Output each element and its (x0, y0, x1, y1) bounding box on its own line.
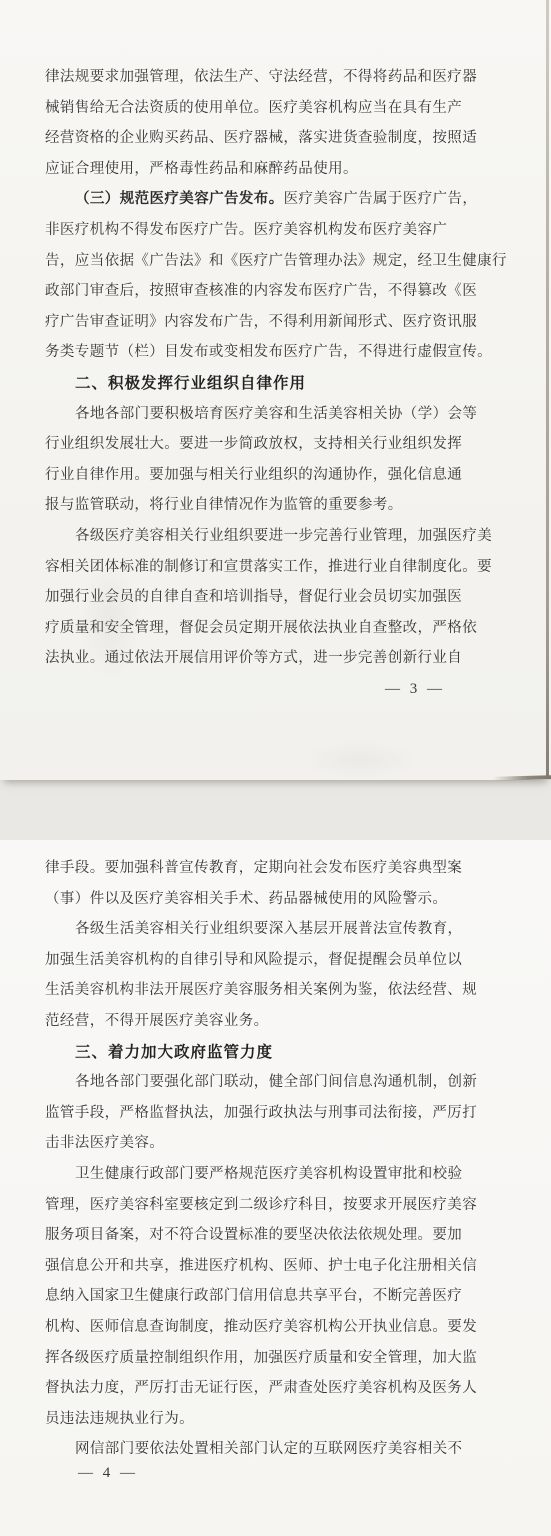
text-line: 疗广告审查证明》内容发布广告，不得利用新闻形式、医疗资讯服 (45, 307, 525, 338)
text-line: 各地各部门要强化部门联动，健全部门间信息沟通机制，创新 (45, 1067, 525, 1098)
text-line: 非医疗机构不得发布医疗广告。医疗美容机构发布医疗美容广 (45, 215, 525, 246)
text-line: （事）件以及医疗美容相关手术、药品器械使用的风险警示。 (45, 884, 525, 915)
text-line: 服务项目备案，对不符合设置标准的要坚决依法依规处理。要加 (45, 1220, 525, 1251)
text-line: 范经营，不得开展医疗美容业务。 (45, 1006, 525, 1037)
text-line: 告，应当依据《广告法》和《医疗广告管理办法》规定，经卫生健康行 (45, 246, 525, 277)
section-heading: 二、积极发挥行业组织自律作用 (45, 368, 525, 399)
text-line: 械销售给无合法资质的使用单位。医疗美容机构应当在具有生产 (45, 93, 525, 124)
text-line: （三）规范医疗美容广告发布。医疗美容广告属于医疗广告， (45, 184, 525, 215)
text-line: 加强行业会员的自律自查和培训指导，督促行业会员切实加强医 (45, 582, 525, 613)
text-line: 各级生活美容相关行业组织要深入基层开展普法宣传教育， (45, 914, 525, 945)
text-line: 报与监管联动，将行业自律情况作为监管的重要参考。 (45, 490, 525, 521)
text-line: 各地各部门要积极培育医疗美容和生活美容相关协（学）会等 (45, 399, 525, 430)
text-line: 击非法医疗美容。 (45, 1128, 525, 1159)
text-line: 行业组织发展壮大。要进一步简政放权，支持相关行业组织发挥 (45, 429, 525, 460)
text-line: 务类专题节（栏）目发布或变相发布医疗广告，不得进行虚假宣传。 (45, 337, 525, 368)
text-line: 法执业。通过依法开展信用评价等方式，进一步完善创新行业自 (45, 643, 525, 674)
text-line: 管理，医疗美容科室要核定到二级诊疗科目，按要求开展医疗美容 (45, 1190, 525, 1221)
text-line: 经营资格的企业购买药品、医疗器械，落实进货查验制度，按照适 (45, 123, 525, 154)
text-line: 应证合理使用，严格毒性药品和麻醉药品使用。 (45, 154, 525, 185)
text-line: 强信息公开和共享，推进医疗机构、医师、护士电子化注册相关信 (45, 1251, 525, 1282)
text-line: 卫生健康行政部门要严格规范医疗美容机构设置审批和校验 (45, 1159, 525, 1190)
page-number: — 4 — (78, 1462, 138, 1484)
text-line: 息纳入国家卫生健康行政部门信用信息共享平台，不断完善医疗 (45, 1281, 525, 1312)
text-line: 生活美容机构非法开展医疗美容服务相关案例为鉴，依法经营、规 (45, 975, 525, 1006)
text-line: 网信部门要依法处置相关部门认定的互联网医疗美容相关不 (45, 1434, 525, 1465)
text-line: 加强生活美容机构的自律引导和风险提示，督促提醒会员单位以 (45, 945, 525, 976)
text-line: 监管手段，严格监督执法，加强行政执法与刑事司法衔接，严厉打 (45, 1098, 525, 1129)
page-1-text-block: 律法规要求加强管理，依法生产、守法经营，不得将药品和医疗器械销售给无合法资质的使… (0, 0, 525, 674)
text-line: 行业自律作用。要加强与相关行业组织的沟通协作，强化信息通 (45, 460, 525, 491)
text-line: 机构、医师信息查询制度，推动医疗美容机构公开执业信息。要发 (45, 1312, 525, 1343)
text-line: 挥各级医疗质量控制组织作用，加强医疗质量和安全管理，加大监 (45, 1343, 525, 1374)
text-line: 容相关团体标准的制修订和宣贯落实工作，推进行业自律制度化。要 (45, 552, 525, 583)
page-number: — 3 — (385, 678, 445, 700)
text-line: 疗质量和安全管理，督促会员定期开展依法执业自查整改，严格依 (45, 613, 525, 644)
text-line: 政部门审查后，按照审查核准的内容发布医疗广告，不得篡改《医 (45, 276, 525, 307)
text-line: 督执法力度，严厉打击无证行医，严肃查处医疗美容机构及医务人 (45, 1373, 525, 1404)
scanned-document: { "colors": { "paper": "#f5f4f1", "backg… (0, 0, 551, 1536)
text-line: 各级医疗美容相关行业组织要进一步完善行业管理，加强医疗美 (45, 521, 525, 552)
page-edge-shadow (546, 0, 549, 777)
page-2-text-block: 律手段。要加强科普宣传教育，定期向社会发布医疗美容典型案（事）件以及医疗美容相关… (0, 840, 525, 1465)
text-line: 员违法违规执业行为。 (45, 1404, 525, 1435)
section-heading: 三、着力加大政府监管力度 (45, 1037, 525, 1068)
page-2-scan: 律手段。要加强科普宣传教育，定期向社会发布医疗美容典型案（事）件以及医疗美容相关… (0, 840, 551, 1536)
page-1-scan: 律法规要求加强管理，依法生产、守法经营，不得将药品和医疗器械销售给无合法资质的使… (0, 0, 551, 780)
text-line: 律手段。要加强科普宣传教育，定期向社会发布医疗美容典型案 (45, 853, 525, 884)
text-line: 律法规要求加强管理，依法生产、守法经营，不得将药品和医疗器 (45, 62, 525, 93)
